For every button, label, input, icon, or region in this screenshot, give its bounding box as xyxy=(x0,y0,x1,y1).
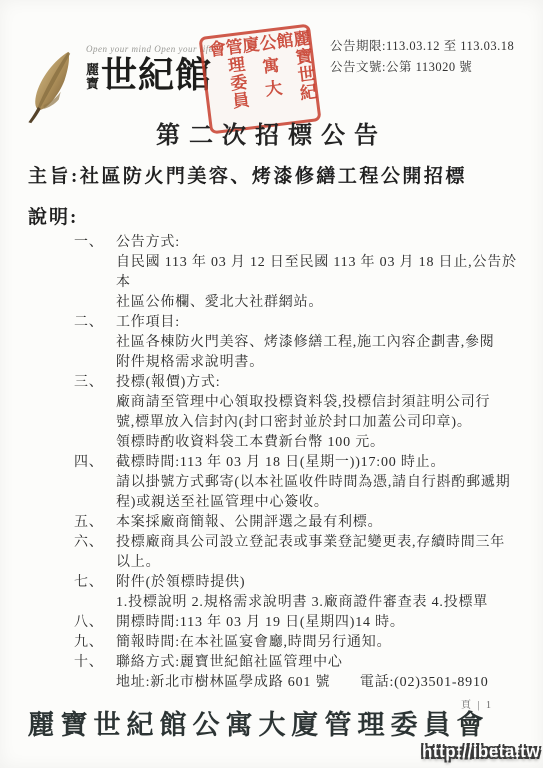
organization-name: 麗寶世紀館公寓大廈管理委員會 xyxy=(0,703,517,742)
brand-name-large: 世紀館 xyxy=(101,56,212,94)
notice-number: 公告文號:公第 113020 號 xyxy=(330,57,514,78)
list-item: 九、 簡報時間:在本社區宴會廳,時間另行通知。 xyxy=(74,633,529,653)
notice-meta: 公告期限:113.03.12 至 113.03.18 公告文號:公第 11302… xyxy=(330,36,514,78)
list-item: 五、 本案採廠商簡報、公開評選之最有利標。 xyxy=(74,513,529,533)
page-title: 第二次招標公告 xyxy=(0,115,543,150)
list-item: 一、 公告方式: 自民國 113 年 03 月 12 日至民國 113 年 03… xyxy=(74,233,529,313)
list-item: 七、 附件(於領標時提供) 1.投標說明 2.規格需求說明書 3.廠商證件審查表… xyxy=(74,573,529,613)
notice-period: 公告期限:113.03.12 至 113.03.18 xyxy=(330,36,514,57)
list-item: 四、 截標時間:113 年 03 月 18 日(星期一))17:00 時止。 請… xyxy=(74,453,529,513)
brand-name-small: 麗 寶 xyxy=(86,63,99,91)
list-item: 二、 工作項目: 社區各棟防火門美容、烤漆修繕工程,施工內容企劃書,參閱 附件規… xyxy=(74,313,529,373)
brand-tagline: Open your mind Open your life xyxy=(86,44,213,54)
brand-logo: Open your mind Open your life 麗 寶 世紀館 xyxy=(26,44,213,126)
explanation-list: 一、 公告方式: 自民國 113 年 03 月 12 日至民國 113 年 03… xyxy=(74,233,529,693)
list-item: 八、 開標時間:113 年 03 月 19 日(星期四)14 時。 xyxy=(74,613,529,633)
site-watermark: http://ibeta.tw xyxy=(422,742,540,762)
subject-line: 主旨:社區防火門美容、烤漆修繕工程公開招標 xyxy=(28,161,527,188)
list-item: 三、 投標(報價)方式: 廠商請至管理中心領取投標資料袋,投標信封須註明公司行 … xyxy=(74,373,529,453)
list-item: 六、 投標廠商具公司設立登記表或事業登記變更表,存續時間三年 以上。 xyxy=(74,533,529,573)
document-page: Open your mind Open your life 麗 寶 世紀館 麗寶… xyxy=(0,0,543,768)
brand-text: Open your mind Open your life 麗 寶 世紀館 xyxy=(86,44,213,94)
list-item: 十、 聯絡方式:麗寶世紀館社區管理中心 地址:新北市樹林區學成路 601 號 電… xyxy=(74,653,529,693)
explanation-label: 說明: xyxy=(28,202,78,229)
